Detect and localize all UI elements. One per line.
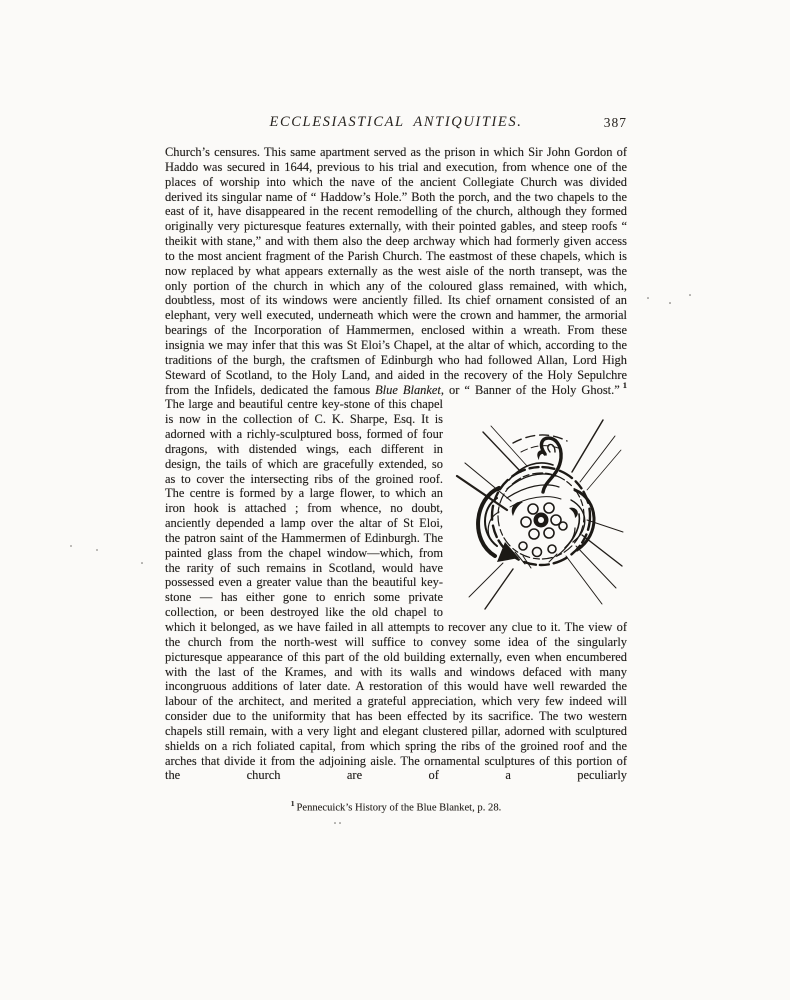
scan-speck (96, 549, 98, 551)
page: ECCLESIASTICAL ANTIQUITIES. 387 Church’s… (0, 0, 790, 1000)
paragraph-1: Church’s censures. This same apartment s… (165, 145, 627, 397)
keystone-boss-engraving-svg (453, 416, 625, 614)
scanned-book-page: { "header": { "title": "ECCLESIASTICAL A… (0, 0, 790, 1000)
text-column: ECCLESIASTICAL ANTIQUITIES. 387 Church’s… (165, 114, 627, 783)
scan-speck (141, 562, 143, 564)
scan-speck (669, 302, 671, 304)
footnote-reference: 1 (623, 380, 627, 390)
scan-speck (70, 545, 72, 547)
paragraph-1-tail: , or “ Banner of the Holy Ghost.” (441, 383, 620, 397)
page-body: Church’s censures. This same apartment s… (165, 145, 627, 783)
scan-speck (647, 297, 649, 299)
page-title: ECCLESIASTICAL ANTIQUITIES. (165, 114, 627, 131)
running-header: ECCLESIASTICAL ANTIQUITIES. 387 (165, 114, 627, 136)
page-number: 387 (604, 115, 627, 131)
footnote-text: Pennecuick’s History of the Blue Blanket… (296, 803, 501, 814)
paragraph-2: The large and beautiful centre key-stone… (165, 397, 627, 783)
footnote: 1Pennecuick’s History of the Blue Blanke… (165, 799, 627, 814)
scan-speck (334, 822, 336, 824)
footnote-marker: 1 (291, 799, 295, 808)
paragraph-1-lead: Church’s censures. This same apartment s… (165, 145, 627, 397)
scan-speck (339, 822, 341, 824)
italic-phrase-blue-blanket: Blue Blanket (375, 383, 441, 397)
keystone-boss-engraving (443, 397, 627, 616)
scan-speck (689, 294, 691, 296)
